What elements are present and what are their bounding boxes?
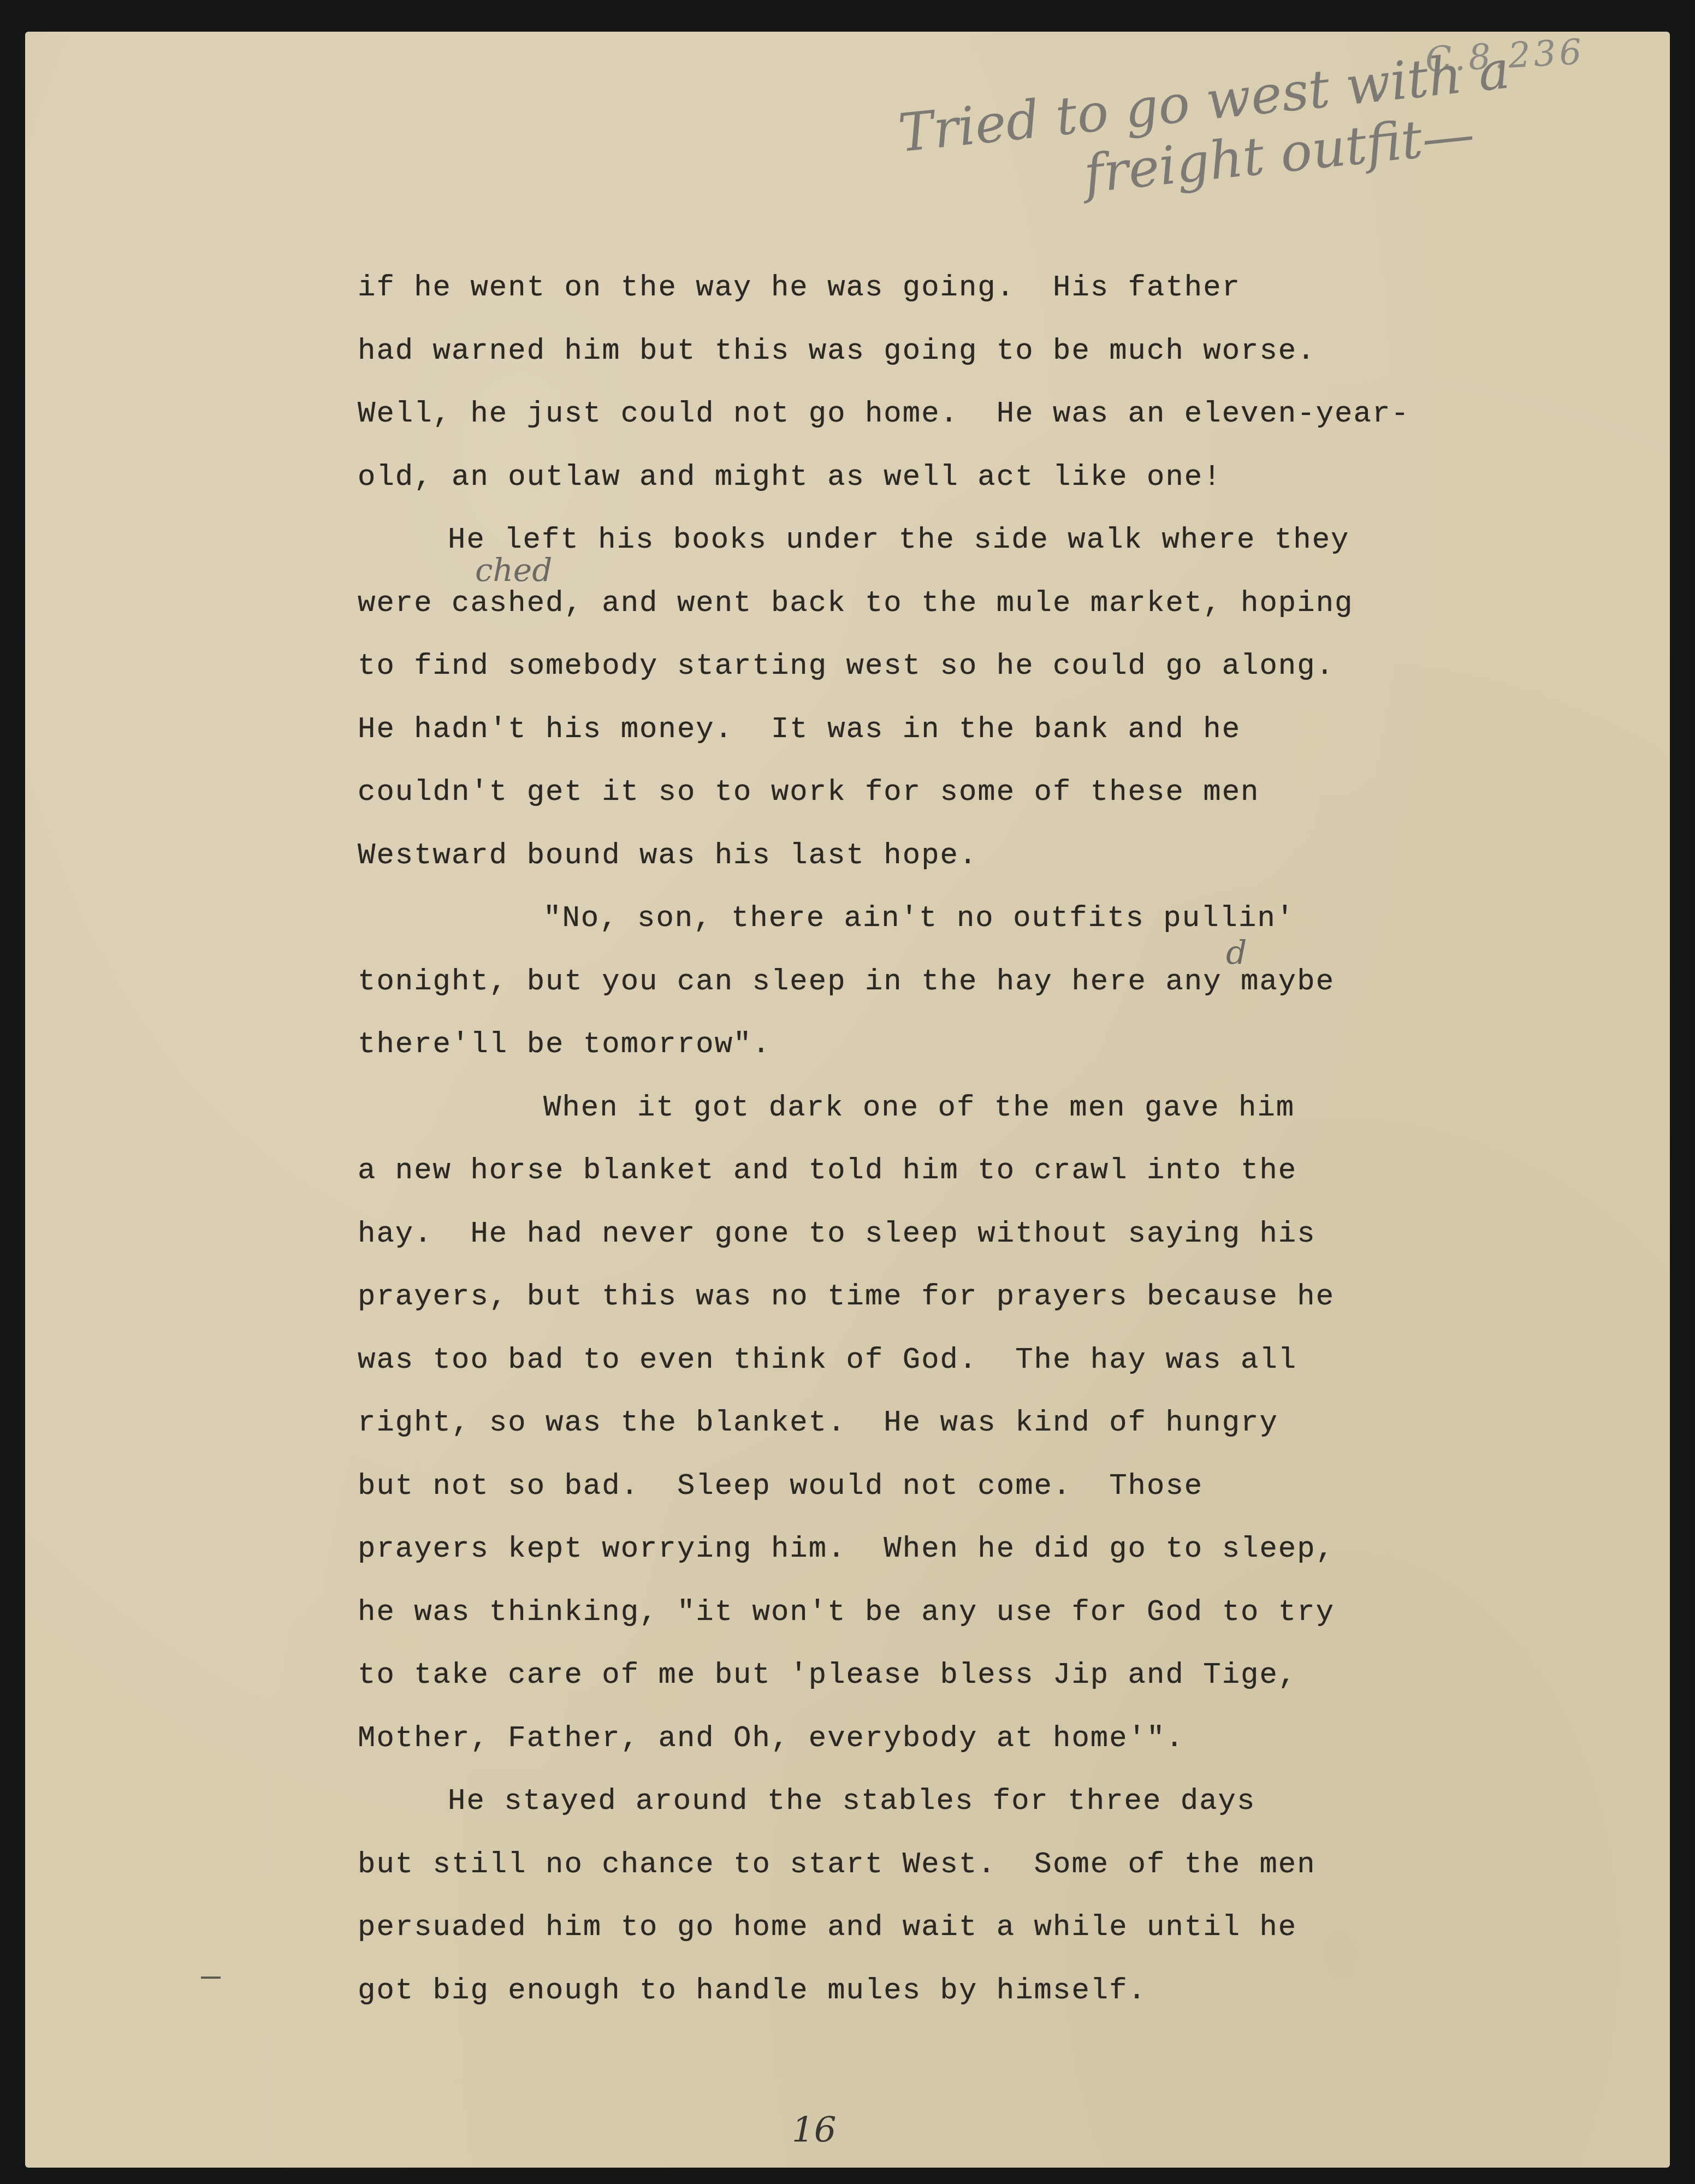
text-line: to find somebody starting west so he cou… (358, 635, 1504, 698)
text-line: was too bad to even think of God. The ha… (358, 1329, 1504, 1392)
text-line: tonight, but you can sleep in the hay he… (358, 951, 1504, 1014)
text-line: persuaded him to go home and wait a whil… (358, 1896, 1504, 1960)
text-line: but still no chance to start West. Some … (358, 1833, 1504, 1897)
text-line: prayers kept worrying him. When he did g… (358, 1518, 1504, 1581)
text-line: there'll be tomorrow". (358, 1013, 1504, 1077)
text-line: When it got dark one of the men gave him (358, 1077, 1504, 1140)
text-line: to take care of me but 'please bless Jip… (358, 1644, 1504, 1707)
margin-tick-mark (201, 1977, 221, 1979)
text-line: were cashed, and went back to the mule m… (358, 572, 1504, 636)
text-line: Mother, Father, and Oh, everybody at hom… (358, 1707, 1504, 1771)
text-line: hay. He had never gone to sleep without … (358, 1203, 1504, 1266)
typescript-body: if he went on the way he was going. His … (358, 257, 1504, 2022)
text-line: Well, he just could not go home. He was … (358, 383, 1504, 446)
text-line: He stayed around the stables for three d… (358, 1770, 1504, 1833)
text-line: couldn't get it so to work for some of t… (358, 761, 1504, 824)
text-line: "No, son, there ain't no outfits pullin' (358, 887, 1504, 951)
text-line: got big enough to handle mules by himsel… (358, 1960, 1504, 2023)
text-line: if he went on the way he was going. His … (358, 257, 1504, 320)
text-line: but not so bad. Sleep would not come. Th… (358, 1455, 1504, 1518)
text-line: he was thinking, "it won't be any use fo… (358, 1581, 1504, 1645)
text-line: had warned him but this was going to be … (358, 320, 1504, 383)
text-line: old, an outlaw and might as well act lik… (358, 446, 1504, 509)
text-line: a new horse blanket and told him to craw… (358, 1140, 1504, 1203)
text-line: He hadn't his money. It was in the bank … (358, 698, 1504, 762)
text-line: Westward bound was his last hope. (358, 824, 1504, 888)
page-number: 16 (792, 2110, 836, 2151)
text-line: He left his books under the side walk wh… (358, 509, 1504, 572)
text-line: prayers, but this was no time for prayer… (358, 1266, 1504, 1329)
text-line: right, so was the blanket. He was kind o… (358, 1392, 1504, 1455)
